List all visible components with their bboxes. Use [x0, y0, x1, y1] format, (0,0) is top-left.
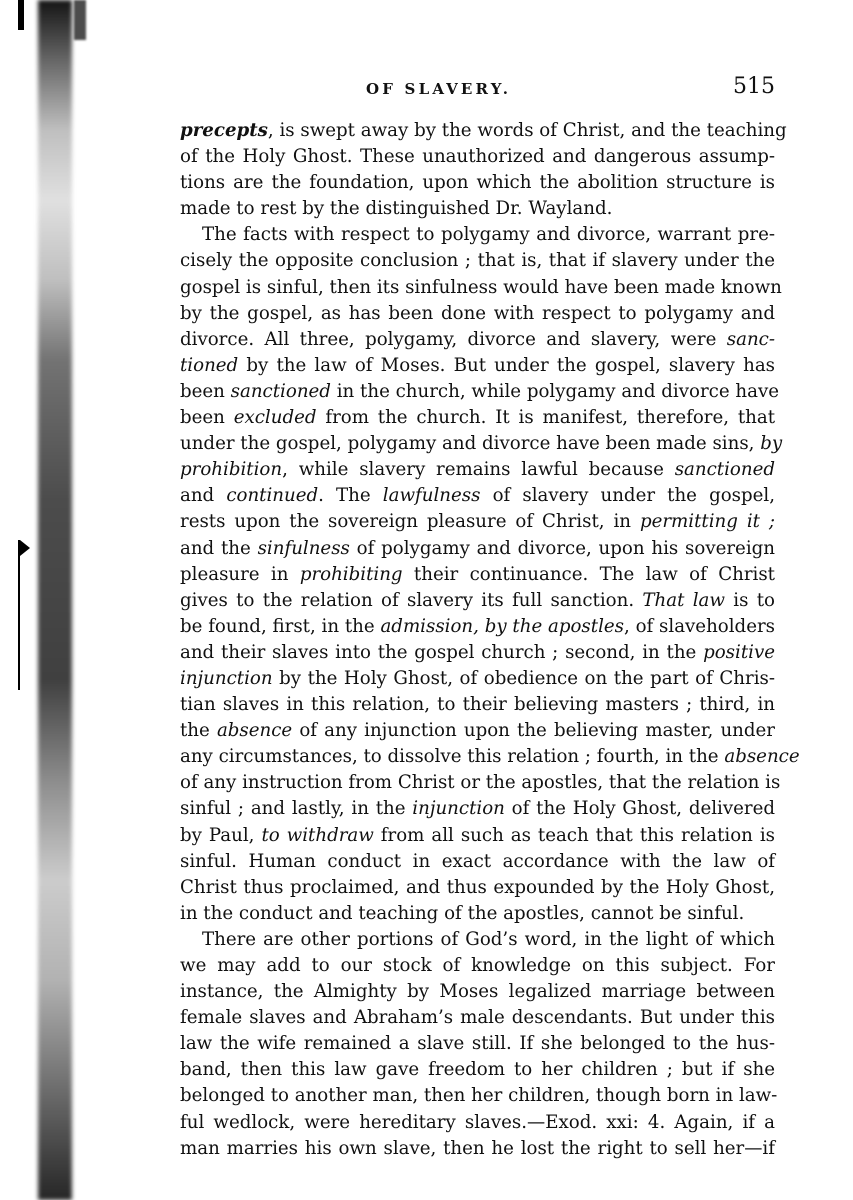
text-line: instance, the Almighty by Moses legalize…	[180, 979, 775, 1005]
emphasis-text: permitting it ;	[640, 511, 775, 532]
text-line: be found, first, in the admission, by th…	[180, 614, 775, 640]
emphasis-text: sanctioned	[231, 381, 331, 402]
text-line: gospel is sinful, then its sinfulness wo…	[180, 275, 775, 301]
text-line: tian slaves in this relation, to their b…	[180, 692, 775, 718]
text-run: we may add to our stock of knowledge on …	[180, 955, 775, 976]
text-run: , while slavery remains lawful because	[282, 459, 675, 480]
text-line: of any instruction from Christ or the ap…	[180, 770, 775, 796]
text-run: from the church. It is manifest, therefo…	[317, 407, 775, 428]
text-run: of any injunction upon the believing mas…	[292, 720, 775, 741]
emphasis-text: injunction	[412, 798, 505, 819]
text-run: instance, the Almighty by Moses legalize…	[180, 981, 775, 1002]
text-run: Christ thus proclaimed, and thus expound…	[180, 877, 775, 898]
emphasis-text: absence	[217, 720, 292, 741]
text-line: by Paul, to withdraw from all such as te…	[180, 823, 775, 849]
text-run: been	[180, 407, 234, 428]
emphasis-text: positive	[703, 642, 775, 663]
text-line: tioned by the law of Moses. But under th…	[180, 353, 775, 379]
text-run: . The	[318, 485, 383, 506]
text-line: and the sinfulness of polygamy and divor…	[180, 536, 775, 562]
text-run: is to	[725, 590, 775, 611]
text-run: gospel is sinful, then its sinfulness wo…	[180, 277, 782, 298]
text-run: and their slaves into the gospel church …	[180, 642, 703, 663]
text-line: Christ thus proclaimed, and thus expound…	[180, 875, 775, 901]
text-run: , is swept away by the words of Christ, …	[268, 120, 787, 141]
text-line: pleasure in prohibiting their continuanc…	[180, 562, 775, 588]
text-line: been sanctioned in the church, while pol…	[180, 379, 775, 405]
text-line: band, then this law gave freedom to her …	[180, 1057, 775, 1083]
text-line: we may add to our stock of knowledge on …	[180, 953, 775, 979]
text-run: of polygamy and divorce, upon his sovere…	[350, 538, 775, 559]
text-run: by the law of Moses. But under the gospe…	[238, 355, 775, 376]
text-line: tions are the foundation, upon which the…	[180, 170, 775, 196]
binding-mark-top	[74, 0, 86, 40]
text-line: female slaves and Abraham’s male descend…	[180, 1005, 775, 1031]
text-run: sinful. Human conduct in exact accordanc…	[180, 851, 775, 872]
binding-edge-mark	[18, 0, 24, 30]
emphasis-text: tioned	[180, 355, 238, 376]
text-line: precepts, is swept away by the words of …	[180, 118, 775, 144]
body-text: precepts, is swept away by the words of …	[180, 118, 775, 1162]
margin-rule	[18, 540, 20, 690]
text-line: of the Holy Ghost. These unauthorized an…	[180, 144, 775, 170]
text-run: under the gospel, polygamy and divorce h…	[180, 433, 760, 454]
text-run: in the church, while polygamy and divorc…	[331, 381, 779, 402]
text-line: man marries his own slave, then he lost …	[180, 1136, 775, 1162]
text-run: made to rest by the distinguished Dr. Wa…	[180, 198, 612, 219]
text-line: by the gospel, as has been done with res…	[180, 301, 775, 327]
text-line: sinful. Human conduct in exact accordanc…	[180, 849, 775, 875]
emphasis-text: absence	[724, 746, 799, 767]
text-line: cisely the opposite conclusion ; that is…	[180, 248, 775, 274]
emphasis-text: precepts	[180, 120, 268, 141]
text-run: of slavery under the gospel,	[480, 485, 775, 506]
text-run: band, then this law gave freedom to her …	[180, 1059, 775, 1080]
text-run: by the Holy Ghost, of obedience on the p…	[273, 668, 775, 689]
text-line: gives to the relation of slavery its ful…	[180, 588, 775, 614]
text-run: divorce. All three, polygamy, divorce an…	[180, 329, 727, 350]
text-run: tions are the foundation, upon which the…	[180, 172, 775, 193]
emphasis-text: continued	[226, 485, 318, 506]
text-run: female slaves and Abraham’s male descend…	[180, 1007, 775, 1028]
text-line: prohibition, while slavery remains lawfu…	[180, 457, 775, 483]
text-line: divorce. All three, polygamy, divorce an…	[180, 327, 775, 353]
page-header: OF SLAVERY. 515	[180, 74, 775, 104]
text-line: The facts with respect to polygamy and d…	[180, 222, 775, 248]
text-run: law the wife remained a slave still. If …	[180, 1033, 775, 1054]
text-line: belonged to another man, then her childr…	[180, 1083, 775, 1109]
text-run: ful wedlock, were hereditary slaves.—Exo…	[180, 1112, 775, 1133]
text-run: of the Holy Ghost. These unauthorized an…	[180, 146, 775, 167]
text-run: by Paul,	[180, 825, 261, 846]
text-run: be found, first, in the	[180, 616, 380, 637]
binding-streak	[38, 0, 72, 1200]
text-run: The facts with respect to polygamy and d…	[202, 224, 775, 245]
text-line: and continued. The lawfulness of slavery…	[180, 483, 775, 509]
text-run: There are other portions of God’s word, …	[202, 929, 775, 950]
emphasis-text: sanc-	[727, 329, 775, 350]
emphasis-text: lawfulness	[383, 485, 481, 506]
text-line: rests upon the sovereign pleasure of Chr…	[180, 509, 775, 535]
text-run: pleasure in	[180, 564, 300, 585]
text-run: man marries his own slave, then he lost …	[180, 1138, 775, 1159]
text-run: sinful ; and lastly, in the	[180, 798, 412, 819]
text-line: and their slaves into the gospel church …	[180, 640, 775, 666]
emphasis-text: sanctioned	[675, 459, 775, 480]
emphasis-text: by	[760, 433, 782, 454]
margin-arrow-icon	[20, 540, 30, 556]
emphasis-text: injunction	[180, 668, 273, 689]
scan-binding-shadow	[0, 0, 150, 1200]
text-run: their continuance. The law of Christ	[403, 564, 775, 585]
text-run: gives to the relation of slavery its ful…	[180, 590, 642, 611]
text-run: and	[180, 485, 226, 506]
emphasis-text: to withdraw	[261, 825, 373, 846]
text-line: any circumstances, to dissolve this rela…	[180, 744, 775, 770]
text-run: from all such as teach that this relatio…	[374, 825, 775, 846]
text-run: of the Holy Ghost, delivered	[505, 798, 775, 819]
text-run: of any instruction from Christ or the ap…	[180, 772, 780, 793]
emphasis-text: excluded	[234, 407, 317, 428]
text-run: belonged to another man, then her childr…	[180, 1085, 777, 1106]
emphasis-text: admission, by the apostles	[380, 616, 624, 637]
text-line: in the conduct and teaching of the apost…	[180, 901, 775, 927]
text-line: the absence of any injunction upon the b…	[180, 718, 775, 744]
text-line: under the gospel, polygamy and divorce h…	[180, 431, 775, 457]
emphasis-text: That law	[642, 590, 725, 611]
text-line: been excluded from the church. It is man…	[180, 405, 775, 431]
text-line: There are other portions of God’s word, …	[180, 927, 775, 953]
page-number: 515	[733, 74, 775, 99]
text-run: cisely the opposite conclusion ; that is…	[180, 250, 775, 271]
text-run: any circumstances, to dissolve this rela…	[180, 746, 724, 767]
text-run: in the conduct and teaching of the apost…	[180, 903, 744, 924]
text-run: the	[180, 720, 217, 741]
running-head: OF SLAVERY.	[366, 80, 511, 98]
text-line: made to rest by the distinguished Dr. Wa…	[180, 196, 775, 222]
text-run: been	[180, 381, 231, 402]
text-run: and the	[180, 538, 258, 559]
emphasis-text: sinfulness	[258, 538, 350, 559]
text-line: sinful ; and lastly, in the injunction o…	[180, 796, 775, 822]
text-run: by the gospel, as has been done with res…	[180, 303, 775, 324]
text-run: rests upon the sovereign pleasure of Chr…	[180, 511, 640, 532]
text-run: tian slaves in this relation, to their b…	[180, 694, 775, 715]
text-line: ful wedlock, were hereditary slaves.—Exo…	[180, 1110, 775, 1136]
emphasis-text: prohibiting	[300, 564, 403, 585]
emphasis-text: prohibition	[180, 459, 282, 480]
text-run: , of slaveholders	[624, 616, 775, 637]
text-line: law the wife remained a slave still. If …	[180, 1031, 775, 1057]
text-line: injunction by the Holy Ghost, of obedien…	[180, 666, 775, 692]
